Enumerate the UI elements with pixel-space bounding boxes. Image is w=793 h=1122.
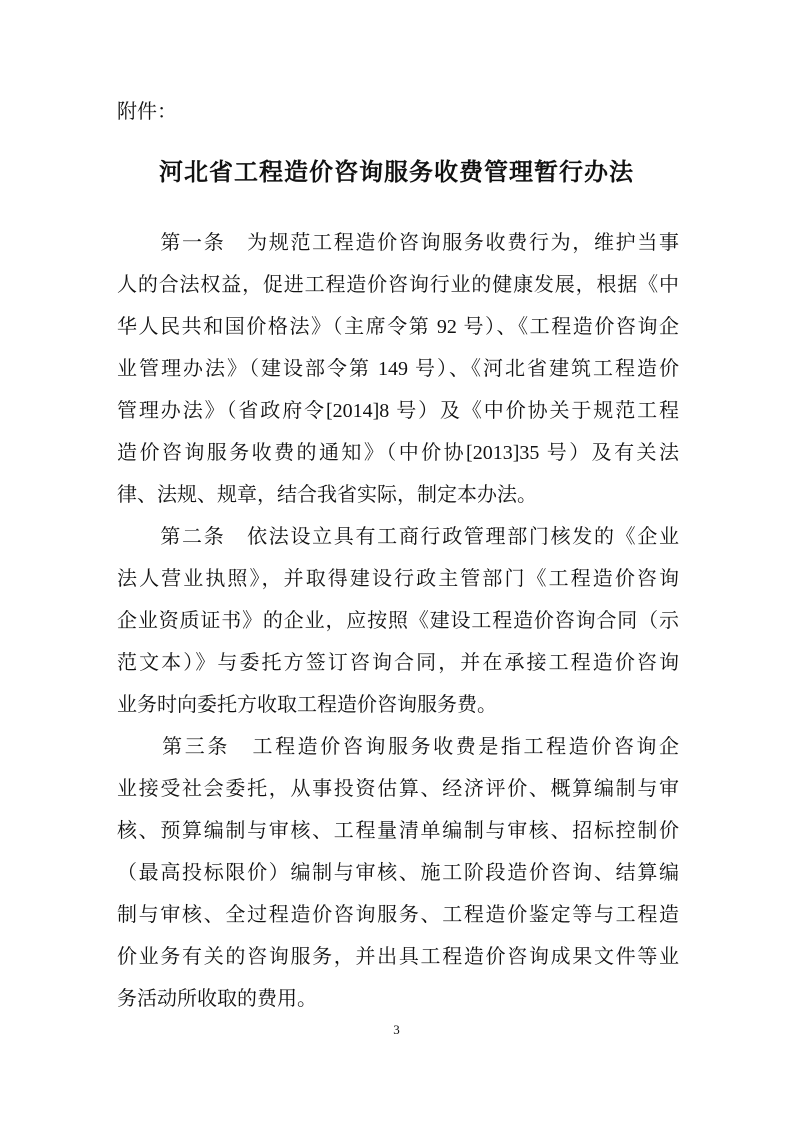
body-line: 制与审核、全过程造价咨询服务、工程造价鉴定等与工程造 — [117, 894, 679, 936]
body-line: 律、法规、规章，结合我省实际，制定本办法。 — [117, 474, 679, 516]
body-line: 企业资质证书》的企业，应按照《建设工程造价咨询合同（示 — [117, 600, 679, 642]
body-line: 核、预算编制与审核、工程量清单编制与审核、招标控制价 — [117, 810, 679, 852]
body-line: 业务时向委托方收取工程造价咨询服务费。 — [117, 684, 679, 726]
document-page: 附件： 河北省工程造价咨询服务收费管理暂行办法 第一条 为规范工程造价咨询服务收… — [0, 0, 793, 1122]
document-body: 第一条 为规范工程造价咨询服务收费行为，维护当事 人的合法权益，促进工程造价咨询… — [117, 222, 679, 1020]
page-number: 3 — [0, 1021, 793, 1039]
paragraph-article-3: 第三条 工程造价咨询服务收费是指工程造价咨询企 业接受社会委托，从事投资估算、经… — [117, 726, 679, 1020]
body-line: 第一条 为规范工程造价咨询服务收费行为，维护当事 — [117, 222, 679, 264]
document-title: 河北省工程造价咨询服务收费管理暂行办法 — [0, 156, 793, 190]
body-line: 造价咨询服务收费的通知》（中价协[2013]35 号）及有关法 — [117, 432, 679, 474]
paragraph-article-2: 第二条 依法设立具有工商行政管理部门核发的《企业 法人营业执照》，并取得建设行政… — [117, 516, 679, 726]
body-line: （最高投标限价）编制与审核、施工阶段造价咨询、结算编 — [117, 852, 679, 894]
body-line: 范文本）》与委托方签订咨询合同，并在承接工程造价咨询 — [117, 642, 679, 684]
body-line: 管理办法》（省政府令[2014]8 号）及《中价协关于规范工程 — [117, 390, 679, 432]
body-line: 第二条 依法设立具有工商行政管理部门核发的《企业 — [117, 516, 679, 558]
body-line: 务活动所收取的费用。 — [117, 978, 679, 1020]
body-line: 业接受社会委托，从事投资估算、经济评价、概算编制与审 — [117, 768, 679, 810]
body-line: 业管理办法》（建设部令第 149 号）、《河北省建筑工程造价 — [117, 348, 679, 390]
attachment-label: 附件： — [117, 99, 177, 125]
body-line: 第三条 工程造价咨询服务收费是指工程造价咨询企 — [117, 726, 679, 768]
body-line: 人的合法权益，促进工程造价咨询行业的健康发展，根据《中 — [117, 264, 679, 306]
paragraph-article-1: 第一条 为规范工程造价咨询服务收费行为，维护当事 人的合法权益，促进工程造价咨询… — [117, 222, 679, 516]
body-line: 法人营业执照》，并取得建设行政主管部门《工程造价咨询 — [117, 558, 679, 600]
body-line: 华人民共和国价格法》（主席令第 92 号）、《工程造价咨询企 — [117, 306, 679, 348]
body-line: 价业务有关的咨询服务，并出具工程造价咨询成果文件等业 — [117, 936, 679, 978]
